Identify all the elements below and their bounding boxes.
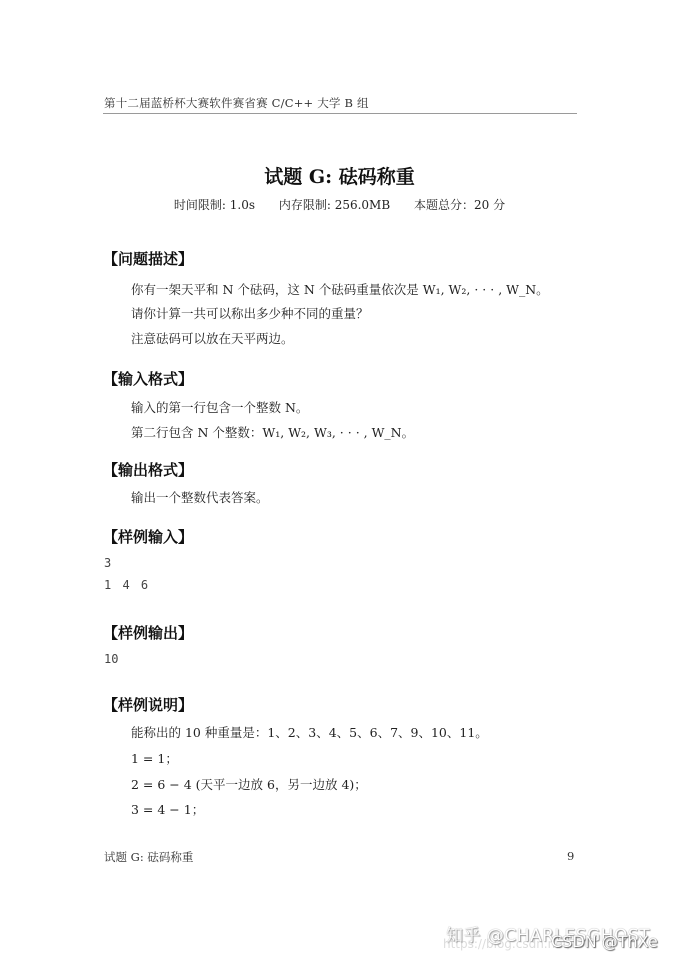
output-format-line: 输出一个整数代表答案。: [131, 488, 269, 506]
csdn-watermark: CSDN @ThXe: [551, 932, 658, 951]
description-line: 注意砝码可以放在天平两边。: [131, 329, 294, 347]
explanation-line: 3 = 4 − 1；: [131, 800, 204, 818]
page-number: 9: [567, 849, 574, 863]
sample-output-line: 10: [104, 652, 118, 666]
description-line: 你有一架天平和 N 个砝码，这 N 个砝码重量依次是 W₁, W₂, · · ·…: [131, 280, 549, 298]
section-heading-sample-input: 【样例输入】: [103, 526, 193, 547]
sample-input-line: 1 4 6: [104, 578, 148, 592]
input-format-line: 第二行包含 N 个整数：W₁, W₂, W₃, · · · , W_N。: [131, 423, 414, 441]
problem-title: 试题 G: 砝码称重: [0, 162, 679, 189]
header-divider: [103, 113, 577, 114]
section-heading-input-format: 【输入格式】: [103, 368, 193, 389]
explanation-line: 2 = 6 − 4 (天平一边放 6，另一边放 4)；: [131, 775, 367, 793]
total-score: 本题总分：20 分: [414, 198, 505, 212]
section-heading-sample-output: 【样例输出】: [103, 622, 193, 643]
running-footer: 试题 G: 砝码称重: [104, 849, 193, 865]
section-heading-description: 【问题描述】: [103, 248, 193, 269]
sample-input-line: 3: [104, 556, 111, 570]
section-heading-sample-explanation: 【样例说明】: [103, 694, 193, 715]
problem-limits: 时间限制: 1.0s 内存限制: 256.0MB 本题总分：20 分: [0, 196, 679, 213]
section-heading-output-format: 【输出格式】: [103, 459, 193, 480]
explanation-line: 1 = 1；: [131, 749, 178, 767]
memory-limit: 内存限制: 256.0MB: [279, 198, 390, 212]
running-header: 第十二届蓝桥杯大赛软件赛省赛 C/C++ 大学 B 组: [104, 95, 369, 111]
explanation-line: 能称出的 10 种重量是：1、2、3、4、5、6、7、9、10、11。: [131, 723, 488, 741]
time-limit: 时间限制: 1.0s: [174, 198, 255, 212]
input-format-line: 输入的第一行包含一个整数 N。: [131, 398, 308, 416]
description-line: 请你计算一共可以称出多少种不同的重量？: [131, 304, 369, 322]
